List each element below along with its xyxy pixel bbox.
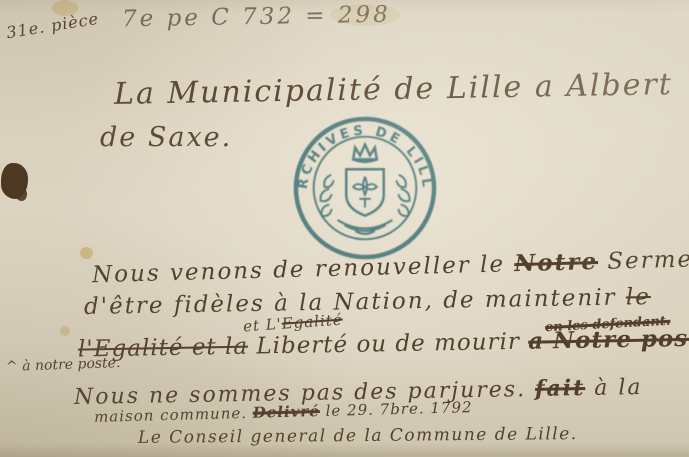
body-text: Nous venons de renouveller le	[92, 251, 515, 288]
classification-code: 7e pe C 732 = 298	[122, 2, 391, 33]
heading-line1: La Municipalité de Lille a Albert	[114, 67, 673, 112]
body-line-2: d'être fidèles à la Nation, de maintenir…	[84, 284, 651, 320]
body-line-3: l'Egalité et la Liberté ou de mourir a N…	[78, 324, 689, 362]
stamp-ornament-right	[397, 175, 410, 216]
body-text: le 29. 7bre. 1792	[320, 398, 473, 420]
piece-number-note: 31e. pièce	[5, 9, 100, 42]
body-line-6-signature: Le Conseil general de la Commune de Lill…	[138, 424, 578, 448]
stamp-fleur-de-lis-icon	[353, 177, 377, 207]
stamp-crown-icon	[353, 145, 377, 162]
struck-word: fait	[535, 375, 586, 402]
stamp-ornament-bottom	[338, 221, 391, 234]
body-text: Liberté ou de mourir	[248, 329, 529, 360]
struck-word: le	[626, 284, 651, 310]
body-text: maison commune.	[94, 404, 253, 426]
paper-stain	[60, 326, 70, 336]
struck-word: Egalité	[281, 311, 343, 333]
archive-stamp: ARCHIVES DE LILLE	[291, 114, 439, 262]
body-text: à la	[585, 375, 643, 401]
body-text: d'être fidèles à la Nation, de maintenir	[84, 284, 626, 319]
struck-word: Notre	[514, 248, 598, 277]
body-text: Serment	[598, 246, 689, 275]
paper-stain	[80, 247, 93, 259]
struck-word: a Notre poste	[528, 324, 689, 354]
struck-word: Delivré	[253, 402, 321, 422]
stamp-ornament-left	[321, 175, 334, 216]
heading-line2: de Saxe.	[100, 122, 232, 153]
ink-blot-tail	[16, 188, 27, 201]
archive-stamp-svg: ARCHIVES DE LILLE	[291, 114, 439, 262]
manuscript-page: 31e. pièce 7e pe C 732 = 298 La Municipa…	[0, 0, 689, 457]
margin-note: ^ à notre poste.	[6, 355, 121, 375]
